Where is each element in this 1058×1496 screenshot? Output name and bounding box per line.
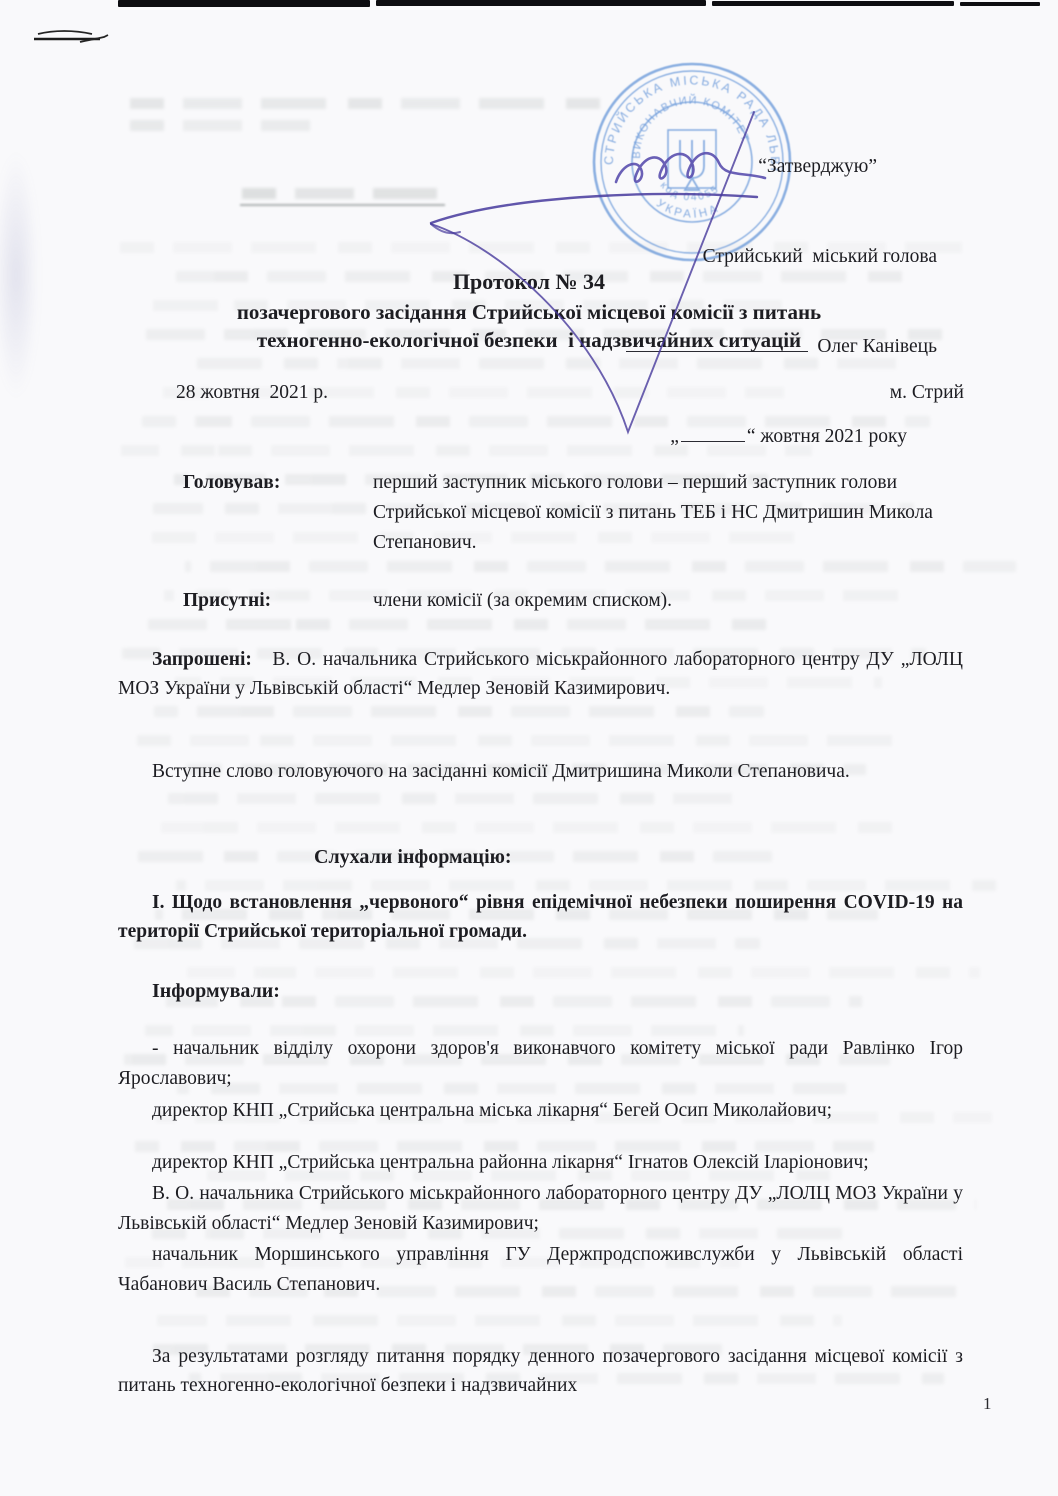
invited-paragraph: Запрошені: В. О. начальника Стрийського … [118, 645, 963, 703]
speakers-list: - начальник відділу охорони здоров'я вик… [118, 1034, 963, 1301]
invited-label: Запрошені: [152, 649, 252, 670]
page-number: 1 [983, 1394, 992, 1414]
present-label: Присутні: [183, 586, 373, 616]
informed-heading: Інформували: [152, 980, 280, 1003]
meeting-date: 28 жовтня 2021 р. [176, 382, 328, 404]
speaker-item: директор КНП „Стрийська центральна міськ… [118, 1096, 963, 1126]
approval-date-text: жовтня 2021 року [756, 426, 907, 447]
date-place-row: 28 жовтня 2021 р. м. Стрий [176, 382, 964, 404]
date-blank-underline [681, 427, 745, 442]
chairman-row: Головував: перший заступник міського гол… [183, 468, 965, 558]
closing-paragraph: За результатами розгляду питання порядку… [118, 1342, 963, 1400]
speaker-item: начальник Моршинського управління ГУ Дер… [118, 1240, 963, 1299]
present-value: члени комісії (за окремим списком). [373, 586, 958, 616]
approval-date-line: „“ жовтня 2021 року [592, 422, 937, 452]
approval-label: “Затверджую” [592, 152, 937, 182]
speaker-item: - начальник відділу охорони здоров'я вик… [118, 1034, 963, 1093]
document-content: “Затверджую” Стрийський міський голова О… [0, 0, 1058, 1496]
intro-paragraph: Вступне слово головуючого на засіданні к… [118, 757, 963, 786]
chairman-label: Головував: [183, 468, 373, 558]
open-quote: „ [670, 426, 679, 447]
speaker-item: директор КНП „Стрийська центральна район… [118, 1148, 963, 1178]
scanned-protocol-page: СТРИЙСЬКА МІСЬКА РАДА ЛЬВІВ ВИКОНАВЧИЙ К… [0, 0, 1058, 1496]
title-line-2: позачергового засідання Стрийської місце… [114, 298, 944, 326]
heard-heading: Слухали інформацію: [314, 846, 512, 869]
title-line-3: техногенно-екологічної безпеки і надзвич… [114, 326, 944, 354]
meeting-place: м. Стрий [890, 382, 964, 404]
close-quote: “ [747, 426, 756, 447]
chairman-value: перший заступник міського голови – перши… [373, 468, 958, 558]
present-row: Присутні: члени комісії (за окремим спис… [183, 586, 965, 616]
document-title: Протокол № 34 позачергового засідання Ст… [114, 266, 944, 354]
speaker-item: В. О. начальника Стрийського міськрайонн… [118, 1179, 963, 1238]
protocol-number: Протокол № 34 [114, 266, 944, 298]
agenda-item-1: І. Щодо встановлення „червоного“ рівня е… [118, 888, 963, 946]
